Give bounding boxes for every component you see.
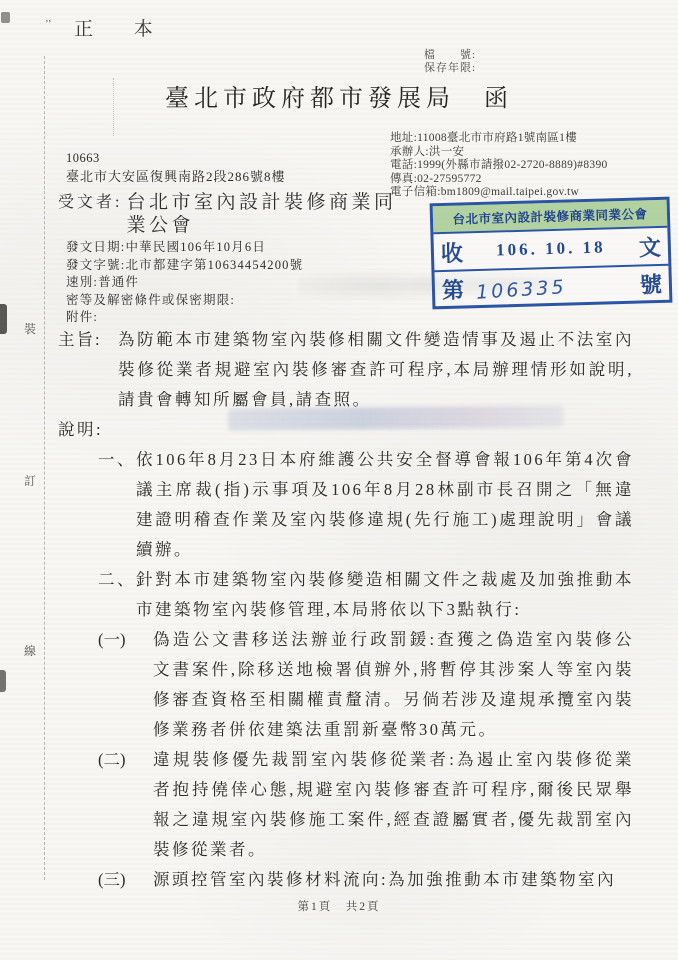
scan-fold-line	[113, 78, 114, 136]
subitem-number: (一)	[98, 625, 126, 655]
recipient-zip-code: 10663	[66, 151, 100, 166]
recipient-label: 受文者:	[58, 194, 122, 211]
item-number: 二、	[98, 565, 136, 595]
scan-edge-mark	[0, 304, 7, 334]
sender-phone: 電話:1999(外縣市請撥02-2720-8889)#8390	[390, 159, 608, 173]
document-title: 臺北市政府都市發展局 函	[0, 78, 678, 113]
subitem-text: 源頭控管室內裝修材料流向:為加強推動本市建築物室內	[153, 870, 616, 889]
receipt-stamp-doc-label: 文	[638, 230, 661, 262]
subitem-number: (三)	[98, 865, 126, 895]
subject-paragraph: 主旨: 為防範本市建築物室內裝修相關文件變造情事及遏止不法室內裝修從業者規避室內…	[58, 325, 634, 415]
page-number-footer: 第1頁 共2頁	[0, 898, 678, 914]
explanation-subitem-3: (三) 源頭控管室內裝修材料流向:為加強推動本市建築物室內	[58, 865, 634, 895]
recipient-line: 受文者: 台北市室內設計裝修商業同業公會	[58, 191, 404, 237]
subject-label: 主旨:	[58, 325, 102, 355]
subitem-number: (二)	[98, 745, 126, 775]
item-text: 針對本市建築物室內裝修變造相關文件之裁處及加強推動本市建築物室內裝修管理,本局將…	[136, 570, 634, 619]
recipient-name: 台北市室內設計裝修商業同業公會	[126, 191, 404, 237]
explanation-subitem-1: (一) 偽造公文書移送法辦並行政罰鍰:查獲之偽造室內裝修公文書案件,除移送地檢署…	[58, 625, 634, 745]
security-class-line: 密等及解密條件或保密期限:	[66, 292, 303, 310]
explanation-subitem-2: (二) 違規裝修優先裁罰室內裝修從業者:為遏止室內裝修從業者抱持僥倖心態,規避室…	[58, 745, 634, 865]
receipt-stamp-date: 106. 10. 18	[463, 237, 639, 262]
subject-text: 為防範本市建築物室內裝修相關文件變造情事及遏止不法室內裝修從業者規避室內裝修審查…	[118, 330, 634, 409]
issue-date-line: 發文日期:中華民國106年10月6日	[66, 239, 303, 257]
document-meta-block: 發文日期:中華民國106年10月6日 發文字號:北市都建字第1063445420…	[66, 239, 303, 327]
binding-margin-line	[44, 56, 45, 880]
sender-officer: 承辦人:洪一安	[390, 146, 608, 160]
receipt-stamp-number-prefix: 第	[442, 273, 465, 305]
binding-char-xian: 線	[24, 642, 36, 659]
receipt-stamp-number-row: 第 106335 號	[434, 264, 669, 307]
subitem-text: 違規裝修優先裁罰室內裝修從業者:為遏止室內裝修從業者抱持僥倖心態,規避室內裝修審…	[153, 750, 634, 859]
receipt-stamp-number-suffix: 號	[639, 267, 662, 299]
sender-address: 地址:11008臺北市市府路1號南區1樓	[390, 132, 608, 146]
speed-class-line: 速別:普通件	[66, 274, 303, 292]
subitem-text: 偽造公文書移送法辦並行政罰鍰:查獲之偽造室內裝修公文書案件,除移送地檢署偵辦外,…	[153, 630, 634, 739]
letter-body: 主旨: 為防範本市建築物室內裝修相關文件變造情事及遏止不法室內裝修從業者規避室內…	[58, 325, 634, 895]
receipt-stamp-handwritten-number: 106335	[464, 271, 641, 304]
binding-char-zhuang: 裝	[24, 320, 36, 337]
receipt-stamp: 台北市室內設計裝修商業同業公會 收 106. 10. 18 文 第 106335…	[430, 197, 673, 310]
sender-contact-block: 地址:11008臺北市市府路1號南區1樓 承辦人:洪一安 電話:1999(外縣市…	[390, 132, 608, 200]
copy-type-label: 正 本	[74, 14, 171, 41]
explanation-label: 說明:	[58, 415, 634, 445]
attachment-line: 附件:	[66, 309, 303, 327]
sender-fax: 傳真:02-27595772	[390, 173, 608, 187]
recipient-address: 臺北市大安區復興南路2段286號8樓	[66, 166, 286, 185]
binding-char-ding: 訂	[24, 472, 36, 489]
receipt-stamp-receive-label: 收	[440, 236, 463, 268]
retention-period-label: 保存年限:	[424, 62, 476, 75]
file-number-label: 檔 號:	[424, 49, 476, 62]
explanation-item-2: 二、 針對本市建築物室內裝修變造相關文件之裁處及加強推動本市建築物室內裝修管理,…	[58, 565, 634, 625]
scan-pen-tick-mark: ’’	[45, 18, 59, 28]
explanation-item-1: 一、 依106年8月23日本府維護公共安全督導會報106年第4次會議主席裁(指)…	[58, 445, 634, 565]
item-number: 一、	[98, 445, 136, 475]
scanned-official-letter-page: ’’ 正 本 檔 號: 保存年限: 臺北市政府都市發展局 函 10663 臺北市…	[0, 0, 678, 960]
item-text: 依106年8月23日本府維護公共安全督導會報106年第4次會議主席裁(指)示事項…	[136, 450, 634, 559]
sender-email: 電子信箱:bm1809@mail.taipei.gov.tw	[390, 186, 608, 200]
issue-number-line: 發文字號:北市都建字第10634454200號	[66, 257, 303, 275]
scan-edge-mark	[0, 670, 6, 692]
file-number-block: 檔 號: 保存年限:	[424, 49, 476, 75]
receipt-stamp-date-row: 收 106. 10. 18 文	[433, 226, 668, 271]
scan-edge-mark	[1, 12, 10, 23]
